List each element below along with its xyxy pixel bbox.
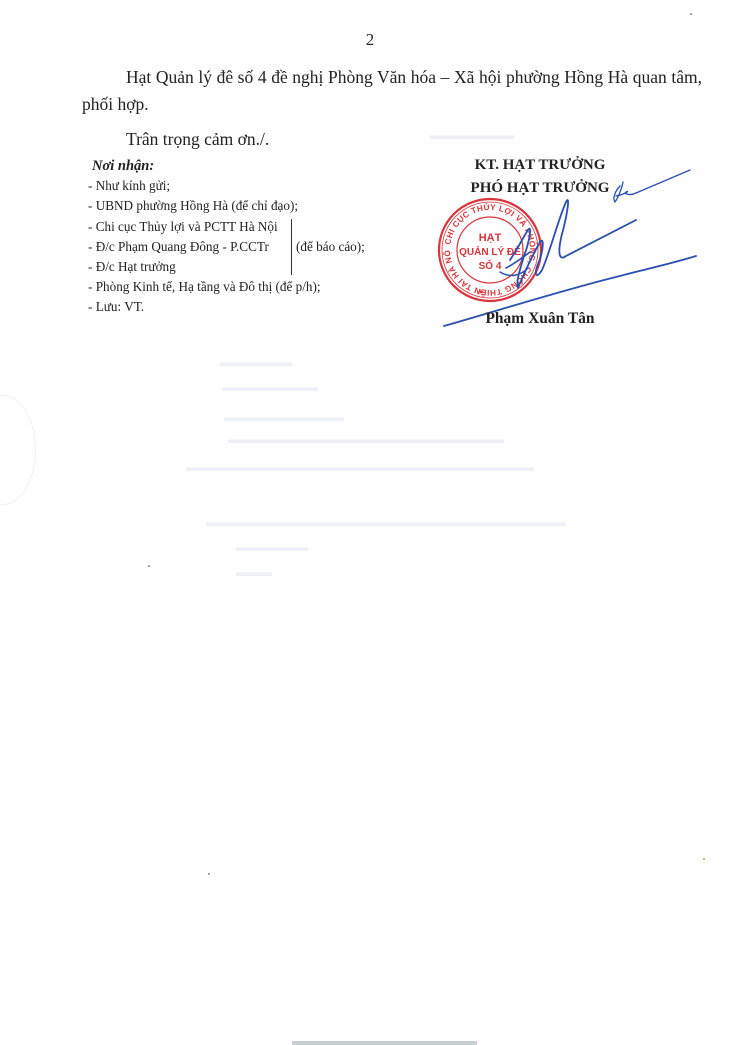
closing-paragraph: Trân trọng cảm ơn./. <box>82 126 702 153</box>
recipient-item: - UBND phường Hồng Hà (để chỉ đạo); <box>88 196 428 216</box>
recipient-item: - Như kính gửi; <box>88 176 428 196</box>
recipients-block: Nơi nhận: - Như kính gửi; - UBND phường … <box>88 156 428 318</box>
scan-speck <box>690 13 692 15</box>
recipient-item: - Đ/c Hạt trưởng <box>88 257 428 277</box>
ghost-text-artifact: ▬▬▬▬▬▬▬▬▬▬▬▬▬▬▬▬▬▬▬▬▬▬▬ <box>228 432 504 447</box>
page-number: 2 <box>0 30 740 50</box>
ghost-text-artifact: ▬▬▬▬▬▬▬▬ <box>222 380 318 395</box>
group-bracket <box>291 219 292 275</box>
scan-speck <box>208 873 210 875</box>
scan-speck <box>703 858 705 860</box>
document-page: ▬▬▬▬▬▬▬ ▬▬▬▬▬▬ ▬▬▬▬▬▬▬▬ ▬▬▬▬▬▬▬▬▬▬ ▬▬▬▬▬… <box>0 0 740 1045</box>
stamp-center-line-1: HẠT <box>479 232 502 244</box>
recipient-item: - Chi cục Thủy lợi và PCTT Hà Nội <box>88 217 428 237</box>
scan-speck <box>148 565 150 567</box>
stamp-star-icon: ★ <box>478 288 484 296</box>
ghost-stamp-artifact <box>0 395 36 505</box>
scan-edge-artifact <box>292 1041 477 1045</box>
ghost-text-artifact: ▬▬▬▬▬▬▬▬▬▬▬▬▬▬▬▬▬▬▬▬▬▬▬▬▬▬▬▬▬ <box>186 460 534 475</box>
body-paragraph: Hạt Quản lý đê số 4 đề nghị Phòng Văn hó… <box>82 64 702 118</box>
stamp-center-line-3: SỐ 4 <box>479 258 502 272</box>
signature-title-line-1: KT. HẠT TRƯỞNG <box>430 154 650 177</box>
recipients-title: Nơi nhận: <box>92 156 428 176</box>
stamp-center-line-2: QUẢN LÝ ĐÊ <box>459 245 521 258</box>
ghost-text-artifact: ▬▬▬▬▬▬ <box>220 355 292 370</box>
ghost-text-artifact: ▬▬▬▬▬▬ <box>236 540 308 555</box>
ghost-text-artifact: ▬▬▬▬▬▬▬▬▬▬ <box>224 410 344 425</box>
recipient-group-report: - Chi cục Thủy lợi và PCTT Hà Nội - Đ/c … <box>88 217 428 278</box>
recipient-item: - Lưu: VT. <box>88 297 428 317</box>
official-stamp: CHI CỤC THỦY LỢI VÀ PHÒNG, CHỐNG THIÊN T… <box>437 197 543 303</box>
signature-title-block: KT. HẠT TRƯỞNG PHÓ HẠT TRƯỞNG <box>430 154 650 200</box>
ghost-text-artifact: ▬▬▬▬▬▬▬▬▬▬▬▬▬▬▬▬▬▬▬▬▬▬▬▬▬▬▬▬▬▬ <box>206 515 566 530</box>
recipient-item: - Phòng Kinh tế, Hạ tầng và Đô thị (để p… <box>88 277 428 297</box>
recipient-item: - Đ/c Phạm Quang Đông - P.CCTr <box>88 237 428 257</box>
group-note: (để báo cáo); <box>296 237 365 257</box>
signer-name: Phạm Xuân Tân <box>430 310 650 328</box>
ghost-text-artifact: ▬▬▬ <box>236 565 272 580</box>
